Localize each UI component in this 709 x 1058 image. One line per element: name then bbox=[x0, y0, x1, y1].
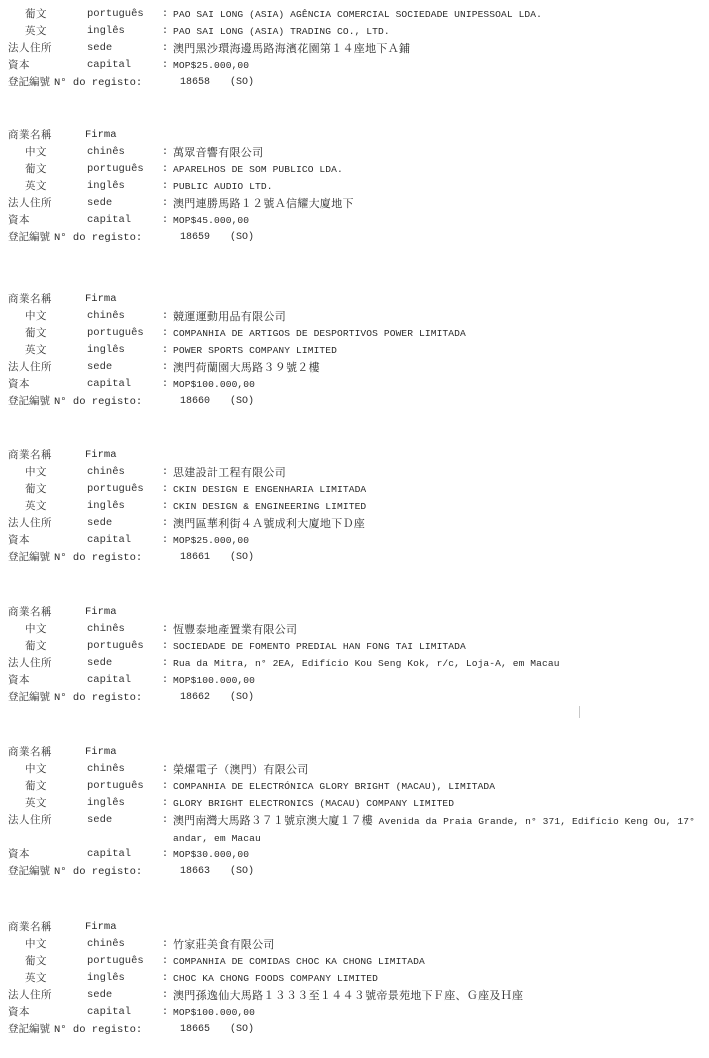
registo-suffix: (SO) bbox=[230, 689, 254, 706]
colon: : bbox=[162, 936, 168, 953]
colon: : bbox=[162, 161, 168, 178]
colon: : bbox=[162, 57, 168, 74]
portugues-label-pt: português bbox=[87, 953, 144, 970]
firma-row: 商業名稱 Firma bbox=[0, 447, 709, 464]
portugues-name: PAO SAI LONG (ASIA) AGÊNCIA COMERCIAL SO… bbox=[173, 6, 542, 23]
registo-suffix: (SO) bbox=[230, 1021, 254, 1038]
ingles-label-pt: inglês bbox=[87, 342, 125, 359]
portugues-label-zh: 葡文 bbox=[25, 778, 47, 795]
sede-row: 法人住所 sede : 澳門南灣大馬路３７１號京澳大廈１７樓 Avenida d… bbox=[0, 812, 709, 846]
colon: : bbox=[162, 464, 168, 481]
colon: : bbox=[162, 970, 168, 987]
ingles-label-pt: inglês bbox=[87, 795, 125, 812]
capital-amount: MOP$25.000,00 bbox=[173, 532, 249, 549]
sede-label-zh: 法人住所 bbox=[8, 515, 52, 532]
colon: : bbox=[162, 953, 168, 970]
capital-label-zh: 資本 bbox=[8, 532, 30, 549]
chines-label-zh: 中文 bbox=[25, 144, 47, 161]
ingles-label-pt: inglês bbox=[87, 970, 125, 987]
firma-label-zh: 商業名稱 bbox=[8, 919, 52, 936]
colon: : bbox=[162, 342, 168, 359]
sede-row: 法人住所 sede : Rua da Mitra, n° 2EA, Edifíc… bbox=[0, 655, 709, 672]
colon: : bbox=[162, 655, 168, 672]
portugues-label-zh: 葡文 bbox=[25, 953, 47, 970]
registry-entry-18662: 商業名稱 Firma 中文 chinês : 恆豐泰地產置業有限公司 葡文 po… bbox=[0, 604, 709, 706]
registo-suffix: (SO) bbox=[230, 229, 254, 246]
capital-label-pt: capital bbox=[87, 846, 131, 863]
sede-address: 澳門孫逸仙大馬路１３３３至１４４３號帝景苑地下Ｆ座、Ｇ座及Ｈ座 bbox=[173, 987, 523, 1004]
sede-row: 法人住所 sede : 澳門荷蘭園大馬路３９號２樓 bbox=[0, 359, 709, 376]
registo-label-pt: N° do registo: bbox=[54, 396, 142, 408]
registry-entry-18660: 商業名稱 Firma 中文 chinês : 競運運動用品有限公司 葡文 por… bbox=[0, 291, 709, 410]
ingles-label-zh: 英文 bbox=[25, 795, 47, 812]
chines-label-pt: chinês bbox=[87, 761, 125, 778]
colon: : bbox=[162, 6, 168, 23]
portugues-row: 葡文 português : SOCIEDADE DE FOMENTO PRED… bbox=[0, 638, 709, 655]
firma-label-pt: Firma bbox=[85, 447, 117, 464]
registo-label: 登記編號N° do registo: bbox=[8, 863, 142, 881]
ingles-label-zh: 英文 bbox=[25, 342, 47, 359]
chines-name: 竹家莊美食有限公司 bbox=[173, 936, 275, 953]
ingles-label-zh: 英文 bbox=[25, 498, 47, 515]
portugues-label-pt: português bbox=[87, 638, 144, 655]
colon: : bbox=[162, 23, 168, 40]
capital-row: 資本 capital : MOP$45.000,00 bbox=[0, 212, 709, 229]
registo-label: 登記編號N° do registo: bbox=[8, 393, 142, 411]
registo-number: 18663 bbox=[180, 863, 210, 880]
colon: : bbox=[162, 212, 168, 229]
ingles-name: CKIN DESIGN & ENGINEERING LIMITED bbox=[173, 498, 366, 515]
sede-label-pt: sede bbox=[87, 40, 112, 57]
capital-row: 資本 capital : MOP$25.000,00 bbox=[0, 532, 709, 549]
ingles-label-pt: inglês bbox=[87, 178, 125, 195]
ingles-row: 英文 inglês : PAO SAI LONG (ASIA) TRADING … bbox=[0, 23, 709, 40]
sede-row: 法人住所 sede : 澳門區華利街４Ａ號成利大廈地下Ｄ座 bbox=[0, 515, 709, 532]
sede-label-pt: sede bbox=[87, 515, 112, 532]
firma-row: 商業名稱 Firma bbox=[0, 604, 709, 621]
registo-label: 登記編號N° do registo: bbox=[8, 74, 142, 92]
sede-address-zh: 澳門南灣大馬路３７１號京澳大廈１７樓 bbox=[173, 814, 373, 827]
chines-label-pt: chinês bbox=[87, 464, 125, 481]
registo-row: 登記編號N° do registo: 18660 (SO) bbox=[0, 393, 709, 410]
portugues-name: COMPANHIA DE ARTIGOS DE DESPORTIVOS POWE… bbox=[173, 325, 466, 342]
registo-label-zh: 登記編號 bbox=[8, 395, 50, 407]
registo-label-pt: N° do registo: bbox=[54, 866, 142, 878]
registry-entry-18659: 商業名稱 Firma 中文 chinês : 萬眾音響有限公司 葡文 portu… bbox=[0, 127, 709, 246]
portugues-label-pt: português bbox=[87, 161, 144, 178]
registo-suffix: (SO) bbox=[230, 74, 254, 91]
portugues-label-zh: 葡文 bbox=[25, 638, 47, 655]
chines-label-zh: 中文 bbox=[25, 308, 47, 325]
colon: : bbox=[162, 40, 168, 57]
capital-amount: MOP$100.000,00 bbox=[173, 376, 255, 393]
chines-name: 萬眾音響有限公司 bbox=[173, 144, 263, 161]
capital-label-zh: 資本 bbox=[8, 57, 30, 74]
registo-row: 登記編號N° do registo: 18658 (SO) bbox=[0, 74, 709, 91]
portugues-row: 葡文 português : COMPANHIA DE ARTIGOS DE D… bbox=[0, 325, 709, 342]
firma-label-zh: 商業名稱 bbox=[8, 744, 52, 761]
sede-label-zh: 法人住所 bbox=[8, 655, 52, 672]
capital-label-zh: 資本 bbox=[8, 672, 30, 689]
chines-label-zh: 中文 bbox=[25, 621, 47, 638]
registo-label-pt: N° do registo: bbox=[54, 1024, 142, 1036]
ingles-name: CHOC KA CHONG FOODS COMPANY LIMITED bbox=[173, 970, 378, 987]
sede-address: Rua da Mitra, n° 2EA, Edifício Kou Seng … bbox=[173, 655, 560, 672]
firma-label-pt: Firma bbox=[85, 291, 117, 308]
registo-number: 18665 bbox=[180, 1021, 210, 1038]
registry-entry-18661: 商業名稱 Firma 中文 chinês : 思建設計工程有限公司 葡文 por… bbox=[0, 447, 709, 566]
registo-label: 登記編號N° do registo: bbox=[8, 229, 142, 247]
colon: : bbox=[162, 812, 168, 829]
colon: : bbox=[162, 638, 168, 655]
registo-row: 登記編號N° do registo: 18659 (SO) bbox=[0, 229, 709, 246]
portugues-label-pt: português bbox=[87, 481, 144, 498]
portugues-label-pt: português bbox=[87, 778, 144, 795]
capital-label-zh: 資本 bbox=[8, 1004, 30, 1021]
chines-row: 中文 chinês : 竹家莊美食有限公司 bbox=[0, 936, 709, 953]
capital-amount: MOP$100.000,00 bbox=[173, 1004, 255, 1021]
chines-row: 中文 chinês : 萬眾音響有限公司 bbox=[0, 144, 709, 161]
capital-amount: MOP$30.000,00 bbox=[173, 846, 249, 863]
portugues-row: 葡文 português : PAO SAI LONG (ASIA) AGÊNC… bbox=[0, 6, 709, 23]
sede-label-zh: 法人住所 bbox=[8, 812, 52, 829]
registry-entry-18658: 葡文 português : PAO SAI LONG (ASIA) AGÊNC… bbox=[0, 6, 709, 91]
chines-name: 榮燿電子（澳門）有限公司 bbox=[173, 761, 309, 778]
capital-row: 資本 capital : MOP$100.000,00 bbox=[0, 376, 709, 393]
capital-label-pt: capital bbox=[87, 672, 131, 689]
registo-number: 18660 bbox=[180, 393, 210, 410]
portugues-label-zh: 葡文 bbox=[25, 161, 47, 178]
registry-entry-18665: 商業名稱 Firma 中文 chinês : 竹家莊美食有限公司 葡文 port… bbox=[0, 919, 709, 1038]
ingles-row: 英文 inglês : POWER SPORTS COMPANY LIMITED bbox=[0, 342, 709, 359]
firma-row: 商業名稱 Firma bbox=[0, 291, 709, 308]
capital-label-pt: capital bbox=[87, 532, 131, 549]
registo-label-pt: N° do registo: bbox=[54, 692, 142, 704]
firma-row: 商業名稱 Firma bbox=[0, 919, 709, 936]
registo-suffix: (SO) bbox=[230, 863, 254, 880]
registo-label-pt: N° do registo: bbox=[54, 232, 142, 244]
registo-row: 登記編號N° do registo: 18662 (SO) bbox=[0, 689, 709, 706]
portugues-row: 葡文 português : APARELHOS DE SOM PUBLICO … bbox=[0, 161, 709, 178]
sede-label-pt: sede bbox=[87, 655, 112, 672]
colon: : bbox=[162, 498, 168, 515]
firma-label-zh: 商業名稱 bbox=[8, 447, 52, 464]
firma-row: 商業名稱 Firma bbox=[0, 127, 709, 144]
colon: : bbox=[162, 761, 168, 778]
registo-label-pt: N° do registo: bbox=[54, 77, 142, 89]
registry-entry-18663: 商業名稱 Firma 中文 chinês : 榮燿電子（澳門）有限公司 葡文 p… bbox=[0, 744, 709, 880]
sede-label-pt: sede bbox=[87, 812, 112, 829]
registo-number: 18661 bbox=[180, 549, 210, 566]
portugues-row: 葡文 português : COMPANHIA DE COMIDAS CHOC… bbox=[0, 953, 709, 970]
colon: : bbox=[162, 987, 168, 1004]
registo-label-zh: 登記編號 bbox=[8, 1023, 50, 1035]
chines-row: 中文 chinês : 思建設計工程有限公司 bbox=[0, 464, 709, 481]
portugues-name: COMPANHIA DE ELECTRÓNICA GLORY BRIGHT (M… bbox=[173, 778, 495, 795]
scan-artifact bbox=[579, 706, 580, 718]
colon: : bbox=[162, 144, 168, 161]
registo-row: 登記編號N° do registo: 18661 (SO) bbox=[0, 549, 709, 566]
registo-label-zh: 登記編號 bbox=[8, 551, 50, 563]
ingles-row: 英文 inglês : PUBLIC AUDIO LTD. bbox=[0, 178, 709, 195]
registo-label: 登記編號N° do registo: bbox=[8, 1021, 142, 1039]
colon: : bbox=[162, 308, 168, 325]
sede-address: 澳門南灣大馬路３７１號京澳大廈１７樓 Avenida da Praia Gran… bbox=[173, 812, 698, 847]
chines-name: 競運運動用品有限公司 bbox=[173, 308, 286, 325]
colon: : bbox=[162, 195, 168, 212]
capital-label-pt: capital bbox=[87, 212, 131, 229]
registo-suffix: (SO) bbox=[230, 549, 254, 566]
chines-label-pt: chinês bbox=[87, 621, 125, 638]
portugues-name: CKIN DESIGN E ENGENHARIA LIMITADA bbox=[173, 481, 366, 498]
portugues-label-zh: 葡文 bbox=[25, 481, 47, 498]
sede-row: 法人住所 sede : 澳門孫逸仙大馬路１３３３至１４４３號帝景苑地下Ｆ座、Ｇ座… bbox=[0, 987, 709, 1004]
colon: : bbox=[162, 178, 168, 195]
portugues-label-pt: português bbox=[87, 325, 144, 342]
sede-address: 澳門連勝馬路１２號Ａ信耀大廈地下 bbox=[173, 195, 354, 212]
colon: : bbox=[162, 481, 168, 498]
chines-label-zh: 中文 bbox=[25, 464, 47, 481]
firma-label-pt: Firma bbox=[85, 127, 117, 144]
capital-row: 資本 capital : MOP$25.000,00 bbox=[0, 57, 709, 74]
portugues-label-zh: 葡文 bbox=[25, 6, 47, 23]
registo-number: 18659 bbox=[180, 229, 210, 246]
firma-label-pt: Firma bbox=[85, 919, 117, 936]
chines-label-zh: 中文 bbox=[25, 761, 47, 778]
portugues-label-pt: português bbox=[87, 6, 144, 23]
registo-suffix: (SO) bbox=[230, 393, 254, 410]
ingles-label-pt: inglês bbox=[87, 23, 125, 40]
portugues-name: APARELHOS DE SOM PUBLICO LDA. bbox=[173, 161, 343, 178]
chines-label-zh: 中文 bbox=[25, 936, 47, 953]
sede-address: 澳門黑沙環海邊馬路海濱花園第１４座地下Ａ鋪 bbox=[173, 40, 410, 57]
ingles-label-pt: inglês bbox=[87, 498, 125, 515]
capital-amount: MOP$100.000,00 bbox=[173, 672, 255, 689]
registo-label-zh: 登記編號 bbox=[8, 231, 50, 243]
colon: : bbox=[162, 359, 168, 376]
chines-label-pt: chinês bbox=[87, 144, 125, 161]
colon: : bbox=[162, 672, 168, 689]
ingles-label-zh: 英文 bbox=[25, 23, 47, 40]
registo-label-zh: 登記編號 bbox=[8, 76, 50, 88]
ingles-name: PAO SAI LONG (ASIA) TRADING CO., LTD. bbox=[173, 23, 390, 40]
ingles-row: 英文 inglês : CHOC KA CHONG FOODS COMPANY … bbox=[0, 970, 709, 987]
chines-name: 恆豐泰地產置業有限公司 bbox=[173, 621, 297, 638]
firma-label-pt: Firma bbox=[85, 604, 117, 621]
colon: : bbox=[162, 621, 168, 638]
chines-label-pt: chinês bbox=[87, 308, 125, 325]
firma-row: 商業名稱 Firma bbox=[0, 744, 709, 761]
sede-row: 法人住所 sede : 澳門黑沙環海邊馬路海濱花園第１４座地下Ａ鋪 bbox=[0, 40, 709, 57]
registo-number: 18662 bbox=[180, 689, 210, 706]
capital-label-pt: capital bbox=[87, 1004, 131, 1021]
capital-amount: MOP$25.000,00 bbox=[173, 57, 249, 74]
capital-row: 資本 capital : MOP$30.000,00 bbox=[0, 846, 709, 863]
ingles-name: PUBLIC AUDIO LTD. bbox=[173, 178, 273, 195]
sede-label-zh: 法人住所 bbox=[8, 987, 52, 1004]
chines-row: 中文 chinês : 榮燿電子（澳門）有限公司 bbox=[0, 761, 709, 778]
capital-amount: MOP$45.000,00 bbox=[173, 212, 249, 229]
colon: : bbox=[162, 325, 168, 342]
colon: : bbox=[162, 795, 168, 812]
chines-row: 中文 chinês : 競運運動用品有限公司 bbox=[0, 308, 709, 325]
registo-label-pt: N° do registo: bbox=[54, 552, 142, 564]
firma-label-pt: Firma bbox=[85, 744, 117, 761]
chines-name: 思建設計工程有限公司 bbox=[173, 464, 286, 481]
capital-label-zh: 資本 bbox=[8, 846, 30, 863]
capital-label-zh: 資本 bbox=[8, 212, 30, 229]
firma-label-zh: 商業名稱 bbox=[8, 291, 52, 308]
ingles-name: GLORY BRIGHT ELECTRONICS (MACAU) COMPANY… bbox=[173, 795, 454, 812]
registo-row: 登記編號N° do registo: 18663 (SO) bbox=[0, 863, 709, 880]
capital-row: 資本 capital : MOP$100.000,00 bbox=[0, 1004, 709, 1021]
portugues-row: 葡文 português : CKIN DESIGN E ENGENHARIA … bbox=[0, 481, 709, 498]
capital-label-pt: capital bbox=[87, 57, 131, 74]
registo-number: 18658 bbox=[180, 74, 210, 91]
sede-row: 法人住所 sede : 澳門連勝馬路１２號Ａ信耀大廈地下 bbox=[0, 195, 709, 212]
capital-label-zh: 資本 bbox=[8, 376, 30, 393]
chines-label-pt: chinês bbox=[87, 936, 125, 953]
portugues-name: SOCIEDADE DE FOMENTO PREDIAL HAN FONG TA… bbox=[173, 638, 466, 655]
sede-label-pt: sede bbox=[87, 359, 112, 376]
firma-label-zh: 商業名稱 bbox=[8, 127, 52, 144]
registo-label: 登記編號N° do registo: bbox=[8, 549, 142, 567]
firma-label-zh: 商業名稱 bbox=[8, 604, 52, 621]
sede-address: 澳門區華利街４Ａ號成利大廈地下Ｄ座 bbox=[173, 515, 365, 532]
colon: : bbox=[162, 1004, 168, 1021]
ingles-row: 英文 inglês : GLORY BRIGHT ELECTRONICS (MA… bbox=[0, 795, 709, 812]
colon: : bbox=[162, 846, 168, 863]
ingles-name: POWER SPORTS COMPANY LIMITED bbox=[173, 342, 337, 359]
sede-address: 澳門荷蘭園大馬路３９號２樓 bbox=[173, 359, 320, 376]
capital-row: 資本 capital : MOP$100.000,00 bbox=[0, 672, 709, 689]
sede-label-pt: sede bbox=[87, 195, 112, 212]
ingles-label-zh: 英文 bbox=[25, 970, 47, 987]
colon: : bbox=[162, 532, 168, 549]
chines-row: 中文 chinês : 恆豐泰地產置業有限公司 bbox=[0, 621, 709, 638]
sede-label-zh: 法人住所 bbox=[8, 195, 52, 212]
portugues-name: COMPANHIA DE COMIDAS CHOC KA CHONG LIMIT… bbox=[173, 953, 425, 970]
ingles-label-zh: 英文 bbox=[25, 178, 47, 195]
sede-label-pt: sede bbox=[87, 987, 112, 1004]
registo-label-zh: 登記編號 bbox=[8, 691, 50, 703]
colon: : bbox=[162, 515, 168, 532]
sede-label-zh: 法人住所 bbox=[8, 40, 52, 57]
sede-label-zh: 法人住所 bbox=[8, 359, 52, 376]
capital-label-pt: capital bbox=[87, 376, 131, 393]
portugues-row: 葡文 português : COMPANHIA DE ELECTRÓNICA … bbox=[0, 778, 709, 795]
portugues-label-zh: 葡文 bbox=[25, 325, 47, 342]
colon: : bbox=[162, 376, 168, 393]
colon: : bbox=[162, 778, 168, 795]
registo-label: 登記編號N° do registo: bbox=[8, 689, 142, 707]
registo-row: 登記編號N° do registo: 18665 (SO) bbox=[0, 1021, 709, 1038]
ingles-row: 英文 inglês : CKIN DESIGN & ENGINEERING LI… bbox=[0, 498, 709, 515]
registo-label-zh: 登記編號 bbox=[8, 865, 50, 877]
